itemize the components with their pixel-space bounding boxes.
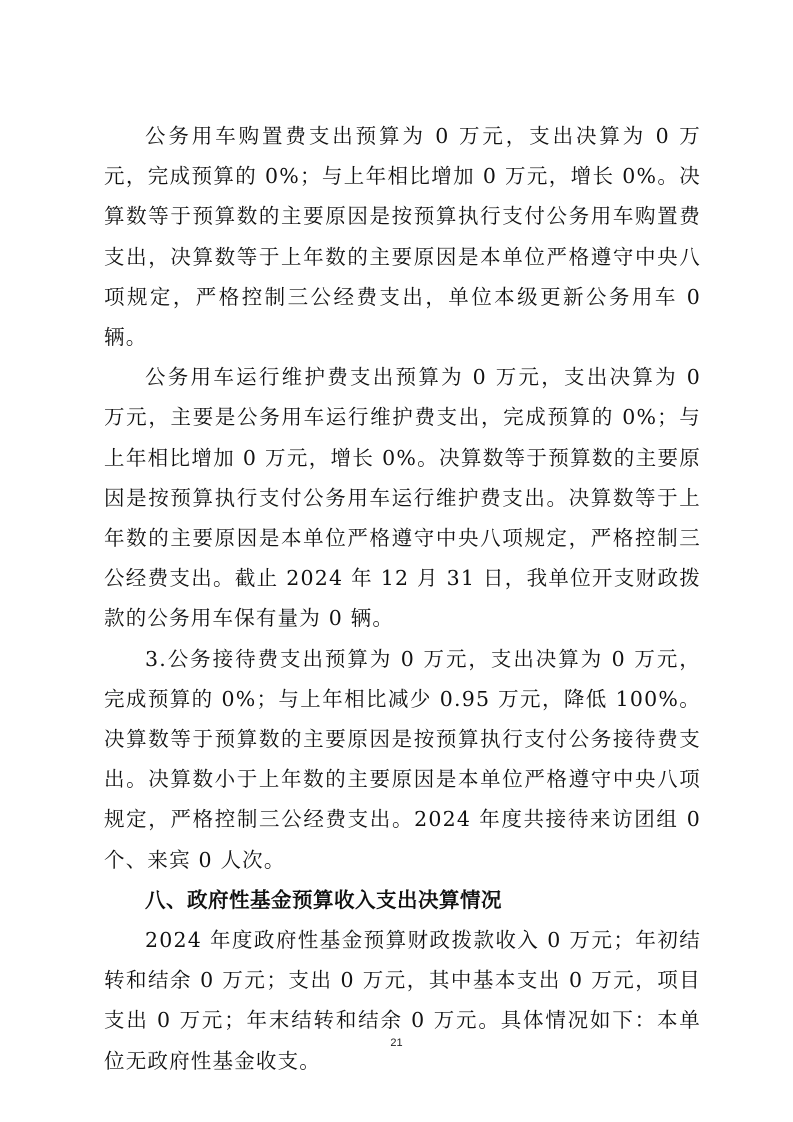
section-heading-government-funds: 八、政府性基金预算收入支出决算情况 [104,880,701,920]
paragraph-official-reception: 3.公务接待费支出预算为 0 万元，支出决算为 0 万元，完成预算的 0%；与上… [104,639,701,880]
document-page: 公务用车购置费支出预算为 0 万元，支出决算为 0 万元，完成预算的 0%；与上… [104,116,701,1081]
paragraph-vehicle-purchase: 公务用车购置费支出预算为 0 万元，支出决算为 0 万元，完成预算的 0%；与上… [104,116,701,357]
paragraph-government-funds: 2024 年度政府性基金预算财政拨款收入 0 万元；年初结转和结余 0 万元；支… [104,920,701,1081]
paragraph-vehicle-maintenance: 公务用车运行维护费支出预算为 0 万元，支出决算为 0 万元，主要是公务用车运行… [104,357,701,638]
page-number: 21 [0,1037,793,1049]
